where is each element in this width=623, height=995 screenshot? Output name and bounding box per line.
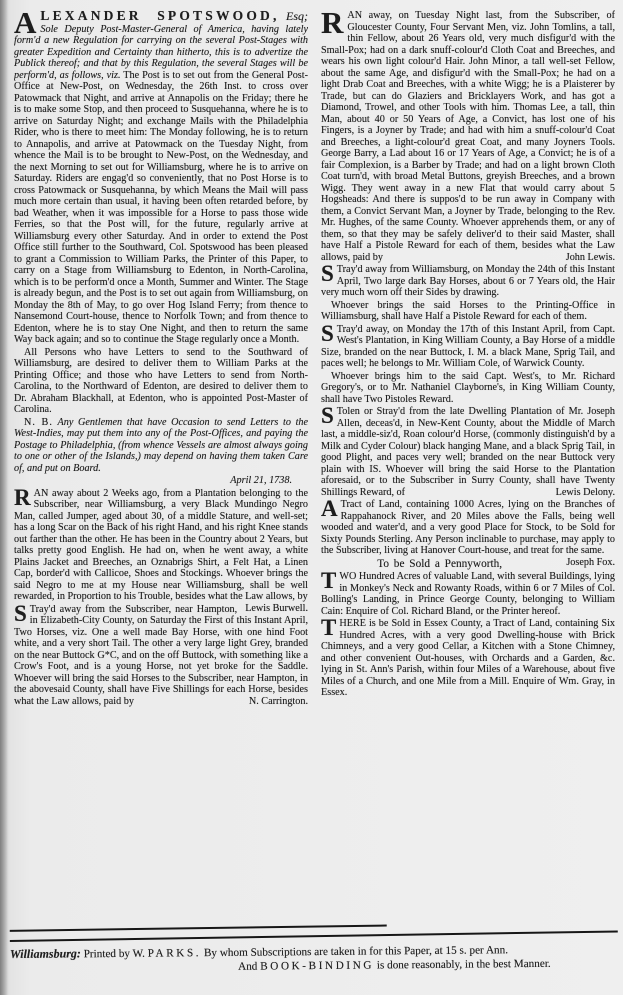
strayed-hampton-body: Tray'd away from the Subscriber, near Ha… [14, 604, 308, 707]
date-line: April 21, 1738. [14, 475, 308, 487]
west-horse-reward: Whoever brings him to the said Capt. Wes… [321, 371, 615, 406]
west-plantation-horse-ad: STray'd away, on Monday the 17th of this… [321, 324, 615, 370]
footer: Williamsburg: Printed by W. PARKS. By wh… [10, 932, 618, 976]
servants-ad-body: AN away, on Tuesday Night last, from the… [321, 10, 615, 263]
imprint-place: Williamsburg: [10, 946, 81, 961]
runaway-ad: RAN away about 2 Weeks ago, from a Plant… [14, 488, 308, 603]
imprint-bookbinding: BOOK-BINDING [260, 959, 374, 972]
notice-heading: LEXANDER SPOTSWOOD, [40, 10, 279, 23]
divider-rule [10, 930, 618, 942]
imprint-printer-name: PARKS. [148, 947, 202, 960]
strayed-horses-hampton-ad: STray'd away from the Subscriber, near H… [14, 604, 308, 708]
land-tract-body: Tract of Land, containing 1000 Acres, ly… [321, 499, 615, 556]
runaway-ad-signature: Lewis Burwell. [237, 603, 308, 615]
two-hundred-acres-body: WO Hundred Acres of valuable Land, with … [321, 571, 615, 617]
stolen-horse-body: Tolen or Stray'd from the late Dwelling … [321, 406, 615, 498]
strayed-bay-horses-ad: STray'd away from Williamsburg, on Monda… [321, 264, 615, 299]
drop-cap: T [321, 571, 339, 590]
notice-heading-suffix: Esq; [286, 10, 308, 23]
imprint-printed-by: Printed by W. [84, 948, 145, 961]
newspaper-page: ALEXANDER SPOTSWOOD, Esq; Sole Deputy Po… [0, 0, 623, 995]
drop-cap: R [14, 488, 34, 507]
left-column: ALEXANDER SPOTSWOOD, Esq; Sole Deputy Po… [14, 10, 308, 928]
drop-cap: S [321, 406, 337, 425]
rappahanock-land-ad: ATract of Land, containing 1000 Acres, l… [321, 499, 615, 557]
right-column: RAN away, on Tuesday Night last, from th… [321, 10, 615, 928]
letters-delivery-notice: All Persons who have Letters to send to … [14, 347, 308, 416]
essex-land-body: HERE is be Sold in Essex County, a Tract… [321, 618, 615, 698]
notice-body: The Post is to set out from the General … [14, 70, 308, 346]
stolen-roan-horse-ad: STolen or Stray'd from the late Dwelling… [321, 406, 615, 498]
bay-horses-body: Tray'd away from Williamsburg, on Monday… [321, 264, 615, 298]
nb-west-indies-notice: N. B. Any Gentlemen that have Occasion t… [14, 417, 308, 475]
imprint-line: Williamsburg: Printed by W. PARKS. By wh… [10, 942, 618, 976]
imprint-subscriptions: By whom Subscriptions are taken in for t… [204, 944, 508, 959]
servants-ad-signature: John Lewis. [558, 252, 615, 264]
strayed-hampton-signature: N. Carrington. [241, 696, 308, 708]
bay-horses-reward: Whoever brings the said Horses to the Pr… [321, 300, 615, 323]
imprint-and: And [238, 960, 257, 972]
nb-label: N. B. [24, 417, 53, 428]
drop-cap: S [321, 264, 337, 283]
nb-body: Any Gentlemen that have Occasion to send… [14, 417, 308, 474]
west-horse-body: Tray'd away, on Monday the 17th of this … [321, 324, 615, 370]
drop-cap: A [14, 10, 40, 34]
scan-shadow [0, 0, 8, 995]
drop-cap: T [321, 618, 339, 637]
drop-cap: S [321, 324, 337, 343]
runaway-servants-ad: RAN away, on Tuesday Night last, from th… [321, 10, 615, 263]
stolen-horse-signature: Lewis Delony. [548, 487, 615, 499]
drop-cap: A [321, 499, 341, 518]
drop-cap: S [14, 604, 30, 623]
land-tract-signature: Joseph Fox. [558, 557, 615, 569]
text-columns: ALEXANDER SPOTSWOOD, Esq; Sole Deputy Po… [0, 0, 623, 928]
post-regulation-notice: ALEXANDER SPOTSWOOD, Esq; Sole Deputy Po… [14, 10, 308, 346]
essex-land-ad: THERE is be Sold in Essex County, a Trac… [321, 618, 615, 699]
drop-cap: R [321, 10, 347, 34]
runaway-ad-body: AN away about 2 Weeks ago, from a Planta… [14, 488, 308, 603]
two-hundred-acres-ad: TWO Hundred Acres of valuable Land, with… [321, 571, 615, 617]
imprint-bookbinding-rest: is done reasonably, in the best Manner. [377, 957, 551, 971]
